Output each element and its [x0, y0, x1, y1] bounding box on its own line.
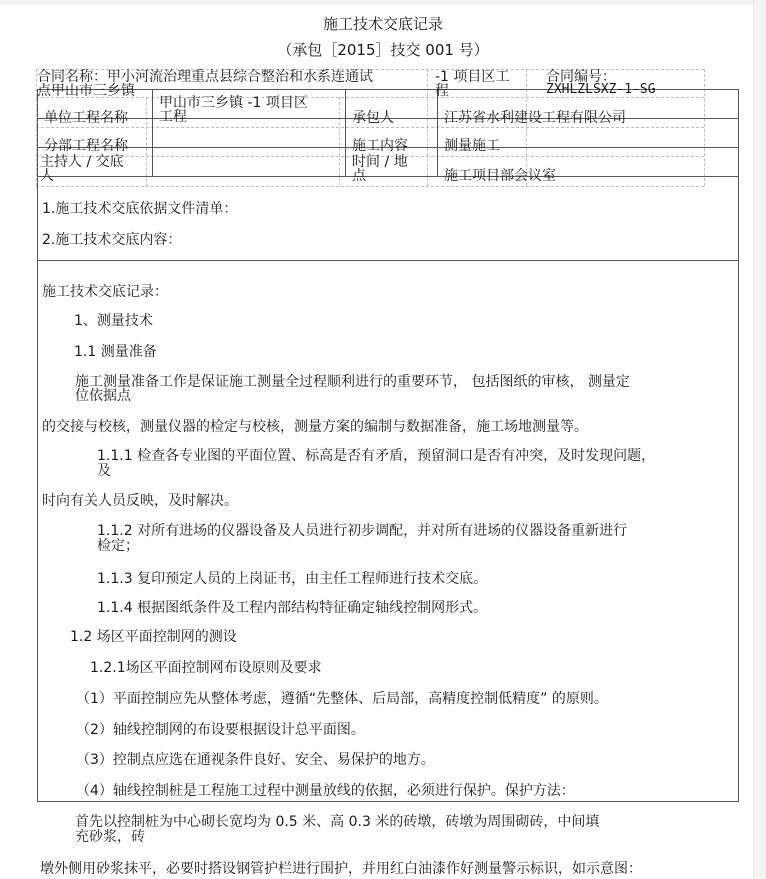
document-title: 施工技术交底记录 — [0, 13, 766, 34]
para-1-1-2-line1: 1.1.2 对所有进场的仪器设备及人员进行初步调配，并对所有进场的仪器设备重新进… — [97, 524, 627, 539]
time-place-value: 施工项目部会议室 — [444, 169, 556, 184]
requirement-item-1: （1）平面控制应先从整体考虑，遵循“先整体、后局部，高精度控制低精度” 的原则。 — [76, 692, 608, 707]
para-1-1-3: 1.1.3 复印预定人员的上岗证书，由主任工程师进行技术交底。 — [97, 572, 487, 587]
requirement-item-3: （3）控制点应选在通视条件良好、安全、易保护的地方。 — [76, 753, 435, 768]
contract-number-value: ZXHLZLSXZ-1-SG — [546, 83, 656, 97]
time-place-label-cont: 点 — [352, 169, 366, 184]
construction-content-label: 施工内容 — [352, 139, 408, 154]
requirement-item-4: （4）轴线控制桩是工程施工过程中测量放线的依据，必须进行保护。保护方法： — [76, 784, 575, 799]
section-1-1-heading: 1.1 测量准备 — [74, 345, 157, 360]
para-1-1-line1: 施工测量准备工作是保证施工测量全过程顺利进行的重要环节， 包括图纸的审核， 测量… — [75, 375, 630, 390]
contractor-value: 江苏省水利建设工程有限公司 — [444, 111, 626, 126]
para-1-1-1-line1: 1.1.1 检查各专业图的平面位置、标高是否有矛盾，预留洞口是否有冲突，及时发现… — [97, 449, 655, 464]
disclosure-content-heading: 2.施工技术交底内容： — [42, 233, 181, 248]
host-presenter-label-cont: 人 — [40, 169, 54, 184]
para-1-1-1-line2: 及 — [97, 464, 111, 479]
para-1-1-4: 1.1.4 根据图纸条件及工程内部结构特征确定轴线控制网形式。 — [97, 601, 487, 616]
protection-method-cont: 墩外侧用砂浆抹平，必要时搭设钢管护栏进行围护，并用红白油漆作好测量警示标识，如示… — [40, 862, 642, 877]
viewer-top-edge — [0, 0, 766, 5]
contract-name-label-cont: 点甲山市三乡镇 — [37, 84, 135, 99]
section-1-2-1-heading: 1.2.1场区平面控制网布设原则及要求 — [90, 661, 322, 676]
section-1-heading: 1、测量技术 — [74, 314, 153, 329]
protection-method-line1: 首先以控制桩为中心砌长宽均为 0.5 米、高 0.3 米的砖墩，砖墩为周围砌砖，… — [75, 815, 599, 830]
requirement-item-2: （2）轴线控制网的布设要根据设计总平面图。 — [76, 723, 365, 738]
document-subtitle: （承包［2015］技交 001 号） — [0, 39, 766, 60]
unit-project-name-value-cont: 工程 — [159, 110, 187, 125]
construction-content-value: 测量施工 — [444, 139, 500, 154]
unit-project-name-label: 单位工程名称 — [44, 111, 128, 126]
section-1-2-heading: 1.2 场区平面控制网的测设 — [70, 630, 237, 645]
para-1-1-cont: 的交接与校核，测量仪器的检定与校核，测量方案的编制与数据准备，施工场地测量等。 — [42, 420, 588, 435]
para-1-1-2-line2: 检定； — [97, 539, 139, 554]
contract-name-suffix-cont: 程 — [435, 84, 449, 99]
sub-project-name-label: 分部工程名称 — [44, 139, 128, 154]
basis-documents-heading: 1.施工技术交底依据文件清单： — [42, 202, 237, 217]
para-1-1-1-cont: 时向有关人员反映，及时解决。 — [42, 494, 238, 509]
para-1-1-line2: 位依据点 — [75, 389, 131, 404]
vertical-scrollbar[interactable] — [753, 0, 766, 879]
contractor-label: 承包人 — [352, 111, 394, 126]
protection-method-line2: 充砂浆，砖 — [75, 830, 145, 845]
record-heading: 施工技术交底记录： — [42, 285, 168, 300]
